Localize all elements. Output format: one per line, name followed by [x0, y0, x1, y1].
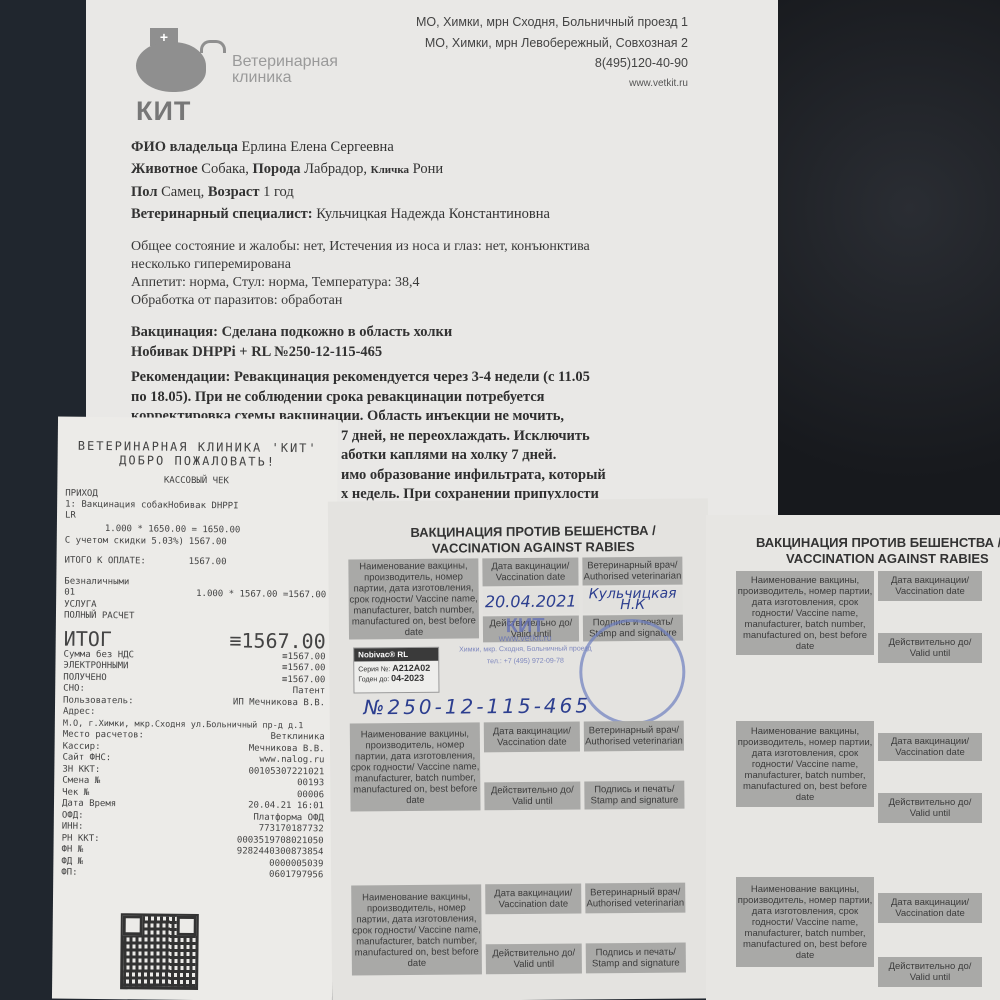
vaccination-info: Вакцинация: Сделана подкожно в область х…	[131, 322, 452, 362]
sex-line: Пол Самец, Возраст 1 год	[131, 181, 550, 203]
col-date: Дата вакцинации/ Vaccination date	[482, 557, 578, 586]
receipt-row-value: Платформа ОФД	[253, 812, 324, 824]
total-label: ИТОГ	[64, 627, 112, 650]
whale-icon	[136, 42, 206, 92]
booklet-title: ВАКЦИНАЦИЯ ПРОТИВ БЕШЕНСТВА / VACCINATIO…	[756, 535, 1000, 567]
receipt-row-value: 0601797956	[269, 870, 323, 882]
vet-cell: Кульчицкая Н.К	[583, 587, 683, 614]
receipt-row-value: ≡1567.00	[282, 663, 325, 675]
receipt-clinic-name: ВЕТЕРИНАРНАЯ КЛИНИКА 'КИТ'	[58, 439, 338, 456]
receipt-row-label: Адрес:	[63, 707, 96, 719]
receipt-row-value: Ветклиника	[270, 732, 324, 744]
col-vet: Ветеринарный врач/ Authorised veterinari…	[584, 721, 684, 752]
receipt-rows: Сумма без НДС≡1567.00ЭЛЕКТРОННЫМИ≡1567.0…	[63, 649, 326, 721]
col-date: Дата вакцинации/ Vaccination date	[878, 893, 982, 923]
age-value: 1 год	[263, 184, 294, 200]
sticker-body: Серия №: A212A02 Годен до: 04-2023	[354, 661, 438, 686]
clinic-contacts: МО, Химки, мрн Сходня, Больничный проезд…	[416, 12, 688, 94]
receipt-row-label: Чек №	[62, 787, 89, 799]
receipt-row-value: 773170187732	[259, 824, 324, 836]
col-date: Дата вакцинации/ Vaccination date	[878, 571, 982, 601]
receipt-items: ПРИХОД 1: Вакцинация собакНобивак DHPPI …	[61, 489, 327, 882]
receipt-calc-2: 1.000 * 1567.00 =1567.00	[196, 589, 326, 602]
receipt-row-label: ФП:	[61, 868, 77, 880]
col-vaccine: Наименование вакцины, производитель, ном…	[736, 877, 874, 967]
sticker-expiry: Годен до: 04-2023	[358, 673, 434, 684]
booklet-title: ВАКЦИНАЦИЯ ПРОТИВ БЕШЕНСТВА / VACCINATIO…	[388, 523, 678, 558]
col-vaccine: Наименование вакцины, производитель, ном…	[351, 884, 482, 975]
receipt-row: ФП:0601797956	[61, 868, 323, 882]
receipt-row-label: СНО:	[63, 684, 85, 696]
col-vaccine: Наименование вакцины, производитель, ном…	[736, 721, 874, 807]
receipt-full-payment: ПОЛНЫЙ РАСЧЕТ	[64, 610, 326, 624]
receipt-row-label: ФН №	[61, 845, 83, 857]
clinic-logo: + Ветеринарная клиника КИТ	[126, 14, 386, 114]
stamp-phone: тел.: +7 (495) 972-09-78	[459, 655, 592, 668]
receipt-row-label: ИНН:	[62, 822, 84, 834]
receipt-row-label: Место расчетов:	[63, 730, 144, 742]
discount-label: С учетом скидки 5.03%)	[65, 536, 184, 549]
receipt-total: ИТОГ≡1567.00	[64, 627, 326, 652]
exam-line: Обработка от паразитов: обработан	[131, 292, 701, 310]
owner-label: ФИО владельца	[131, 139, 238, 155]
receipt-type: КАССОВЫЙ ЧЕК	[65, 475, 327, 488]
receipt-row-label: Пользователь:	[63, 695, 134, 707]
phone: 8(495)120-40-90	[416, 53, 688, 74]
receipt-row-label: ОФД:	[62, 810, 84, 822]
breed-label: Порода	[253, 161, 301, 177]
receipt-row-label: РН ККТ:	[62, 833, 100, 845]
logo-name: КИТ	[136, 96, 191, 127]
vet-label: Ветеринарный специалист:	[131, 206, 313, 222]
logo-line-2: клиника	[232, 70, 338, 86]
vaccination-line: Вакцинация: Сделана подкожно в область х…	[131, 322, 452, 342]
receipt-welcome: ДОБРО ПОЖАЛОВАТЬ!	[58, 453, 338, 470]
handwritten-date: 20.04.2021	[485, 595, 577, 607]
col-vet: Ветеринарный врач/ Authorised veterinari…	[585, 883, 685, 914]
receipt-row-value: 0000005039	[269, 858, 323, 870]
age-label: Возраст	[208, 184, 260, 200]
col-vet: Ветеринарный врач/ Authorised veterinari…	[582, 557, 682, 586]
receipt-row-label: Смена №	[62, 776, 100, 788]
vet-value: Кульчицкая Надежда Константиновна	[316, 206, 550, 222]
booklet-title-en: VACCINATION AGAINST RABIES	[388, 539, 678, 558]
animal-value: Собака,	[201, 161, 249, 177]
receipt-header: ВЕТЕРИНАРНАЯ КЛИНИКА 'КИТ' ДОБРО ПОЖАЛОВ…	[58, 439, 338, 470]
receipt-row-label: ЭЛЕКТРОННЫМИ	[63, 661, 128, 673]
to-pay-label: ИТОГО К ОПЛАТЕ:	[64, 555, 145, 567]
col-date: Дата вакцинации/ Vaccination date	[485, 883, 581, 914]
clinic-stamp-text: КИТ www.vetkit.ru Химки, мкр. Сходня, Бо…	[459, 619, 592, 668]
col-valid: Действительно до/ Valid until	[878, 793, 982, 823]
receipt-row-value: 00105307221021	[248, 766, 324, 778]
breed-value: Лабрадор,	[304, 161, 367, 177]
receipt-row-value: Патент	[293, 686, 326, 698]
col-date: Дата вакцинации/ Vaccination date	[484, 721, 580, 752]
address-2: МО, Химки, мрн Левобережный, Совхозная 2	[416, 33, 688, 54]
round-stamp-icon	[579, 619, 686, 726]
receipt-row-label: Дата Время	[62, 799, 116, 811]
patient-info: ФИО владельца Ерлина Елена Сергеевна Жив…	[131, 136, 550, 225]
receipt-discount: С учетом скидки 5.03%)1567.00	[65, 536, 327, 550]
pet-name-value: Рони	[413, 161, 443, 177]
stamp-address: Химки, мкр. Сходня, Больничный проезд	[459, 643, 592, 656]
col-vaccine: Наименование вакцины, производитель, ном…	[350, 722, 481, 811]
receipt-row-value: ИП Мечникова В.В.	[233, 697, 325, 709]
cash-receipt: ВЕТЕРИНАРНАЯ КЛИНИКА 'КИТ' ДОБРО ПОЖАЛОВ…	[52, 417, 338, 1000]
exam-notes: Общее состояние и жалобы: нет, Истечения…	[131, 238, 701, 310]
recommendation-line: Рекомендации: Ревакцинация рекомендуется…	[131, 368, 651, 388]
owner-line: ФИО владельца Ерлина Елена Сергеевна	[131, 136, 550, 158]
col-valid: Действительно до/ Valid until	[878, 957, 982, 987]
total-value: ≡1567.00	[229, 629, 326, 652]
expiry-label: Годен до:	[358, 676, 389, 683]
receipt-row-value: 00193	[297, 778, 324, 790]
receipt-row-value: Мечникова В.В.	[249, 743, 325, 755]
whale-tail-icon	[200, 40, 226, 53]
col-stamp: Подпись и печать/ Stamp and signature	[586, 943, 686, 974]
vet-line: Ветеринарный специалист: Кульчицкая Наде…	[131, 203, 550, 225]
animal-line: Животное Собака, Порода Лабрадор, Кличка…	[131, 158, 550, 181]
col-stamp: Подпись и печать/ Stamp and signature	[584, 781, 684, 810]
receipt-row-label: Сайт ФНС:	[62, 753, 111, 765]
recommendation-line: по 18.05). При не соблюдении срока ревак…	[131, 388, 651, 408]
discount-value: 1567.00	[189, 537, 227, 549]
receipt-row-value: 0003519708021050	[237, 835, 324, 847]
receipt-row-value: 00006	[297, 790, 324, 802]
animal-label: Животное	[131, 161, 198, 177]
logo-subtitle: Ветеринарная клиника	[232, 54, 338, 86]
booklet-title-ru: ВАКЦИНАЦИЯ ПРОТИВ БЕШЕНСТВА /	[388, 523, 678, 542]
sticker-series: Серия №: A212A02	[358, 663, 434, 674]
series-value: A212A02	[392, 663, 430, 673]
qr-code	[120, 913, 199, 990]
sex-label: Пол	[131, 184, 157, 200]
vaccine-sticker: Nobivac® RL Серия №: A212A02 Годен до: 0…	[353, 647, 439, 694]
vaccine-name-line: Нобивак DHPPi + RL №250-12-115-465	[131, 342, 452, 362]
expiry-value: 04-2023	[391, 673, 424, 683]
address-1: МО, Химки, мрн Сходня, Больничный проезд…	[416, 12, 688, 33]
col-vaccine: Наименование вакцины, производитель, ном…	[736, 571, 874, 655]
receipt-row-value: ≡1567.00	[282, 674, 325, 686]
sex-value: Самец,	[161, 184, 204, 200]
pet-name-label: Кличка	[371, 164, 409, 176]
handwritten-batch: №250-12-115-465	[364, 693, 592, 719]
vaccination-booklet-page: ВАКЦИНАЦИЯ ПРОТИВ БЕШЕНСТВА / VACCINATIO…	[328, 498, 712, 1000]
vaccination-date-cell: 20.04.2021	[483, 587, 579, 614]
col-valid: Действительно до/ Valid until	[878, 633, 982, 663]
handwritten-vet: Кульчицкая Н.К	[583, 589, 683, 612]
receipt-to-pay: ИТОГО К ОПЛАТЕ:1567.00	[64, 555, 326, 569]
receipt-row-label: Сумма без НДС	[63, 649, 134, 661]
col-valid: Действительно до/ Valid until	[486, 943, 582, 974]
col-date: Дата вакцинации/ Vaccination date	[878, 733, 982, 761]
booklet-title-en: VACCINATION AGAINST RABIES	[756, 551, 1000, 567]
background-leather	[775, 0, 1000, 520]
exam-line: Общее состояние и жалобы: нет, Истечения…	[131, 238, 701, 256]
website: www.vetkit.ru	[416, 74, 688, 95]
receipt-rows-2: Место расчетов:ВетклиникаКассир:Мечников…	[61, 730, 325, 882]
col-valid: Действительно до/ Valid until	[484, 781, 580, 810]
to-pay-value: 1567.00	[189, 556, 227, 568]
logo-line-1: Ветеринарная	[232, 54, 338, 70]
receipt-row-value: www.nalog.ru	[259, 755, 324, 767]
vaccination-booklet-page-2: ВАКЦИНАЦИЯ ПРОТИВ БЕШЕНСТВА / VACCINATIO…	[706, 515, 1000, 1000]
receipt-row-label: ЗН ККТ:	[62, 764, 100, 776]
receipt-row-label: Кассир:	[63, 741, 101, 753]
receipt-row-value: 20.04.21 16:01	[248, 801, 324, 813]
receipt-code: 01	[64, 588, 75, 600]
exam-line: несколько гиперемирована	[131, 256, 701, 274]
receipt-row-label: ФД №	[61, 856, 83, 868]
owner-value: Ерлина Елена Сергеевна	[241, 139, 393, 155]
receipt-row-value: ≡1567.00	[282, 651, 325, 663]
sticker-name: Nobivac® RL	[354, 648, 438, 662]
receipt-row-value: 9282440300873854	[237, 846, 324, 858]
receipt-row-label: ПОЛУЧЕНО	[63, 672, 106, 684]
booklet-title-ru: ВАКЦИНАЦИЯ ПРОТИВ БЕШЕНСТВА /	[756, 535, 1000, 551]
exam-line: Аппетит: норма, Стул: норма, Температура…	[131, 274, 701, 292]
